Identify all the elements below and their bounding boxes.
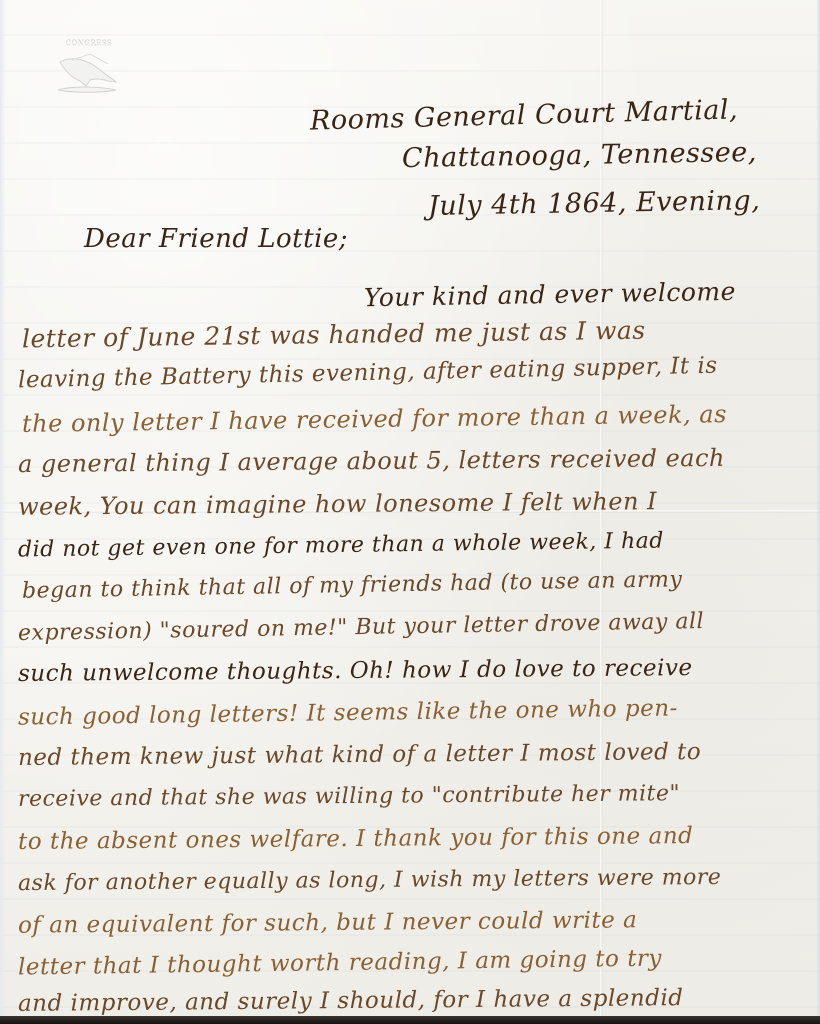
heading-date-line: July 4th 1864, Evening, (428, 185, 761, 222)
body-line: week, You can imagine how lonesome I fel… (18, 487, 657, 521)
body-line: letter of June 21st was handed me just a… (22, 316, 646, 354)
paper-right-edge (816, 0, 820, 1024)
body-line: ask for another equally as long, I wish … (18, 865, 722, 896)
eagle-emboss-icon (50, 48, 125, 98)
body-line: the only letter I have received for more… (22, 400, 727, 438)
body-line: ned them knew just what kind of a letter… (18, 739, 701, 771)
body-line: and improve, and surely I should, for I … (18, 985, 684, 1017)
body-line: a general thing I average about 5, lette… (18, 444, 725, 478)
body-line: such unwelcome thoughts. Oh! how I do lo… (18, 655, 693, 687)
body-line: did not get even one for more than a who… (18, 528, 664, 562)
heading-location-line: Rooms General Court Martial, (310, 94, 739, 136)
body-line: leaving the Battery this evening, after … (18, 353, 718, 394)
embossed-stamp: CONGRESS (50, 38, 125, 100)
body-line: receive and that she was willing to "con… (18, 781, 680, 812)
body-line: letter that I thought worth reading, I a… (18, 946, 662, 981)
letter-page: CONGRESS Rooms General Court Martial, Ch… (0, 0, 820, 1024)
body-line: Your kind and ever welcome (364, 277, 736, 312)
scan-bottom-edge (0, 1016, 820, 1024)
body-line: of an equivalent for such, but I never c… (18, 907, 638, 938)
body-line: such good long letters! It seems like th… (18, 695, 678, 730)
body-line: began to think that all of my friends ha… (22, 567, 683, 604)
emboss-stamp-text: CONGRESS (56, 40, 122, 48)
heading-city-line: Chattanooga, Tennessee, (402, 137, 757, 174)
salutation: Dear Friend Lottie; (84, 224, 348, 254)
body-line: to the absent ones welfare. I thank you … (18, 823, 694, 855)
paper-left-edge (0, 0, 6, 1024)
